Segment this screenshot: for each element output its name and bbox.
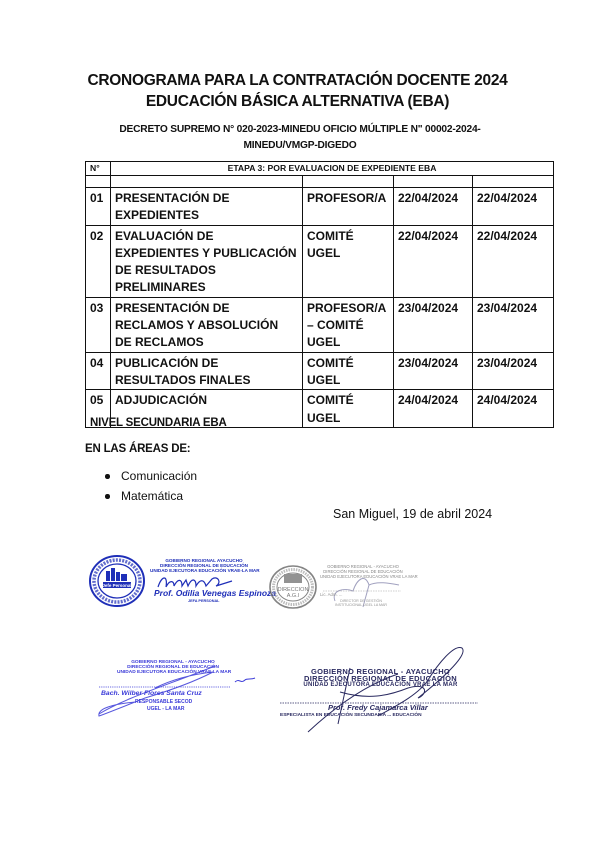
table-row: 02 EVALUACIÓN DE EXPEDIENTES Y PUBLICACI… — [86, 225, 554, 297]
row-responsible: PROFESOR/A – COMITÉ UGEL — [303, 297, 394, 352]
signature-block-director: DIRECCION A.G.I GOBIERNO REGIONAL - AYAC… — [268, 563, 408, 618]
row-end-date: 22/04/2024 — [473, 225, 554, 297]
level-heading: NIVEL SECUNDARIA EBA — [90, 417, 227, 429]
row-number: 03 — [86, 297, 111, 352]
row-responsible: COMITÉ UGEL — [303, 352, 394, 390]
legal-reference-line2: MINEDU/VMGP-DIGEDO — [95, 138, 505, 154]
row-responsible: COMITÉ UGEL — [303, 225, 394, 297]
row-responsible: COMITÉ UGEL — [303, 390, 394, 428]
row-activity: PUBLICACIÓN DE RESULTADOS FINALES — [111, 352, 303, 390]
handwritten-signature-icon — [278, 644, 488, 734]
official-seal-icon: Jefe Personal — [88, 553, 146, 609]
svg-text:Jefe Personal: Jefe Personal — [102, 583, 131, 588]
signer-name: Bach. Wilber Flores Santa Cruz — [101, 691, 202, 698]
table-row: 04 PUBLICACIÓN DE RESULTADOS FINALES COM… — [86, 352, 554, 390]
row-start-date: 23/04/2024 — [394, 352, 473, 390]
table-spacer-row — [86, 176, 554, 188]
row-activity: EVALUACIÓN DE EXPEDIENTES Y PUBLICACIÓN … — [111, 225, 303, 297]
list-item: Matemática — [103, 486, 197, 506]
row-number: 04 — [86, 352, 111, 390]
row-responsible: PROFESOR/A — [303, 188, 394, 226]
signer-name: Lic. Adm. ... — [320, 593, 342, 597]
schedule-table: N° ETAPA 3: POR EVALUACION DE EXPEDIENTE… — [85, 161, 554, 428]
signer-name: Prof. Odilia Venegas Espinoza — [154, 589, 276, 598]
bullet-icon — [105, 494, 110, 499]
row-number: 02 — [86, 225, 111, 297]
bullet-icon — [105, 474, 110, 479]
list-item: Comunicación — [103, 466, 197, 486]
place-and-date: San Miguel, 19 de abril 2024 — [333, 507, 492, 521]
areas-heading: EN LAS ÁREAS DE: — [85, 443, 190, 455]
legal-reference: DECRETO SUPREMO N° 020-2023-MINEDU OFICI… — [95, 122, 505, 154]
signer-org: UGEL - LA MAR — [147, 707, 185, 712]
row-start-date: 23/04/2024 — [394, 297, 473, 352]
signature-block-specialist: GOBIERNO REGIONAL - AYACUCHO DIRECCIÓN R… — [278, 644, 488, 734]
table-header-row: N° ETAPA 3: POR EVALUACION DE EXPEDIENTE… — [86, 162, 554, 176]
row-activity: PRESENTACIÓN DE RECLAMOS Y ABSOLUCIÓN DE… — [111, 297, 303, 352]
row-end-date: 22/04/2024 — [473, 188, 554, 226]
document-subtitle-eba: EDUCACIÓN BÁSICA ALTERNATIVA (EBA) — [0, 93, 595, 111]
signer-role: RESPONSABLE SECOD — [135, 700, 192, 705]
official-seal-icon: DIRECCION A.G.I — [268, 563, 318, 611]
svg-text:A.G.I: A.G.I — [287, 593, 300, 599]
row-end-date: 23/04/2024 — [473, 297, 554, 352]
signer-name: Prof. Fredy Cajamarca Villar — [328, 704, 428, 712]
row-start-date: 22/04/2024 — [394, 225, 473, 297]
signer-role: ESPECIALISTA EN EDUCACIÓN SECUNDARIA ...… — [280, 714, 422, 719]
areas-list: Comunicación Matemática — [103, 466, 197, 506]
row-end-date: 24/04/2024 — [473, 390, 554, 428]
row-start-date: 24/04/2024 — [394, 390, 473, 428]
document-title: CRONOGRAMA PARA LA CONTRATACIÓN DOCENTE … — [0, 72, 595, 90]
table-row: 01 PRESENTACIÓN DE EXPEDIENTES PROFESOR/… — [86, 188, 554, 226]
row-end-date: 23/04/2024 — [473, 352, 554, 390]
signature-block-personnel: Jefe Personal GOBIERNO REGIONAL AYACUCHO… — [88, 553, 263, 611]
row-number: 01 — [86, 188, 111, 226]
header-number: N° — [86, 162, 111, 176]
row-start-date: 22/04/2024 — [394, 188, 473, 226]
table-row: 03 PRESENTACIÓN DE RECLAMOS Y ABSOLUCIÓN… — [86, 297, 554, 352]
header-stage: ETAPA 3: POR EVALUACION DE EXPEDIENTE EB… — [111, 162, 554, 176]
legal-reference-line1: DECRETO SUPREMO N° 020-2023-MINEDU OFICI… — [95, 122, 505, 138]
signature-block-secod: GOBIERNO REGIONAL - AYACUCHO DIRECCIÓN R… — [95, 658, 265, 718]
signer-role: JEFA PERSONAL — [188, 600, 220, 604]
row-activity: PRESENTACIÓN DE EXPEDIENTES — [111, 188, 303, 226]
signer-role: DIRECTOR DE GESTIÓN INSTITUCIONAL UGEL L… — [328, 599, 394, 607]
